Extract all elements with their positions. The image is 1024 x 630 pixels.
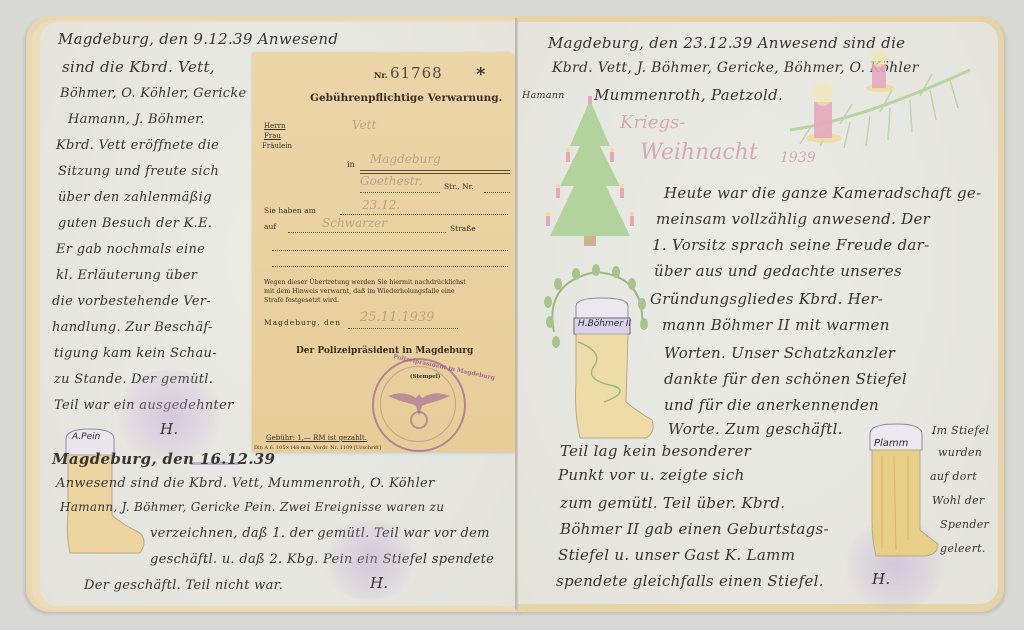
warning-text-1: Wegen dieser Übertretung werden Sie hier… xyxy=(264,278,466,287)
side-line: Spender xyxy=(940,518,989,531)
left-body-line: über den zahlenmäßig xyxy=(58,190,212,205)
right-lower-line: spendete gleichfalls einen Stiefel. xyxy=(556,572,824,590)
line-place xyxy=(288,232,446,233)
right-lower-line: Teil lag kein besonderer xyxy=(560,442,751,460)
right-lower-line: zum gemütl. Teil über. Kbrd. xyxy=(560,494,785,512)
side-line: wurden xyxy=(938,446,982,459)
left-bottom-signature: H. xyxy=(370,574,388,592)
fir-branch-candles-drawing xyxy=(780,50,980,170)
label-strasse: Straße xyxy=(450,224,476,233)
left-body-line: handlung. Zur Beschäf- xyxy=(52,320,213,335)
slip-asterisk: * xyxy=(476,64,485,85)
salutation-herrn: Herrn xyxy=(264,122,285,130)
warning-text-2: mit dem Hinweis verwarnt, daß im Wiederh… xyxy=(264,287,455,296)
salutation-fraeulein: Fräulein xyxy=(262,142,292,150)
right-body-line: Heute war die ganze Kameradschaft ge- xyxy=(664,184,981,202)
label-in: in xyxy=(347,160,355,169)
boot-drawing-boehmer xyxy=(534,262,660,442)
pencil-street: Goethestr. xyxy=(360,174,423,188)
side-line: auf dort xyxy=(930,470,977,483)
label-sie-haben-am: Sie haben am xyxy=(264,206,316,215)
right-lower-line: Böhmer II gab einen Geburtstags- xyxy=(560,520,829,538)
left-header-line-3: Böhmer, O. Köhler, Gericke xyxy=(60,86,247,101)
boot-drawing-pein xyxy=(60,425,152,565)
left-body-line: die vorbestehende Ver- xyxy=(52,294,211,309)
right-signature: H. xyxy=(872,570,890,588)
left-entry2-line-3: Hamann, J. Böhmer, Gericke Pein. Zwei Er… xyxy=(60,500,444,514)
left-entry2-line-4: verzeichnen, daß 1. der gemütl. Teil war… xyxy=(150,526,490,541)
side-line: Im Stiefel xyxy=(932,424,989,437)
label-street-nr: Str., Nr. xyxy=(444,182,474,191)
issuer: Der Polizeipräsident in Magdeburg xyxy=(296,346,473,356)
left-body-line: Sitzung und freute sich xyxy=(58,164,219,179)
right-body-line: 1. Vorsitz sprach seine Freude dar- xyxy=(652,236,930,254)
side-line: Wohl der xyxy=(932,494,985,507)
left-body-line: Kbrd. Vett eröffnete die xyxy=(56,138,219,153)
right-lower-line: Stiefel u. unser Gast K. Lamm xyxy=(558,546,795,564)
left-entry2-line-2: Anwesend sind die Kbrd. Vett, Mummenroth… xyxy=(56,476,435,491)
left-body-line: guten Besuch der K.E. xyxy=(58,216,212,231)
line-place-date xyxy=(348,328,458,329)
right-body-line: Worten. Unser Schatzkanzler xyxy=(664,344,895,362)
drawing-title-line-1: Kriegs- xyxy=(620,112,685,133)
line-street xyxy=(360,192,440,193)
place-date-label: Magdeburg, den xyxy=(264,318,341,327)
right-body-line: Gründungsgliedes Kbrd. Her- xyxy=(650,290,883,308)
line-nr xyxy=(484,192,510,193)
line-blank-2 xyxy=(272,266,508,267)
left-entry2-line-1: Magdeburg, den 16.12.39 xyxy=(52,450,275,468)
pencil-name: Vett xyxy=(352,118,376,132)
boot-label-pein: A.Pein xyxy=(72,432,100,442)
left-header-line-2: sind die Kbrd. Vett, xyxy=(62,58,215,76)
right-lower-line: Punkt vor u. zeigte sich xyxy=(558,466,745,484)
warning-text-3: Strafe festgesetzt wird. xyxy=(264,296,339,305)
slip-number: 61768 xyxy=(390,64,443,82)
boot-label-plamm: Plamm xyxy=(874,438,908,449)
left-mid-signature: H. xyxy=(160,420,178,438)
label-auf: auf xyxy=(264,222,276,231)
slip-title: Gebührenpflichtige Verwarnung. xyxy=(310,92,502,104)
left-entry2-line-6: Der geschäftl. Teil nicht war. xyxy=(84,578,283,593)
fee-note: Gebühr: 1,— RM ist gezahlt. xyxy=(266,434,367,442)
salutation-frau: Frau xyxy=(264,132,281,140)
eagle-emblem-icon xyxy=(386,386,452,430)
left-body-line: Er gab nochmals eine xyxy=(56,242,205,257)
left-body-line: kl. Erläuterung über xyxy=(56,268,197,283)
drawing-title-line-2: Weihnacht xyxy=(640,140,758,165)
right-body-line: meinsam vollzählig anwesend. Der xyxy=(656,210,930,228)
left-body-line: tigung kam kein Schau- xyxy=(54,346,217,361)
line-date xyxy=(340,214,508,215)
left-header-line-1: Magdeburg, den 9.12.39 Anwesend xyxy=(58,30,338,48)
right-body-line: und für die anerkennenden xyxy=(664,396,879,414)
side-line: geleert. xyxy=(940,542,986,555)
left-header-line-4: Hamann, J. Böhmer. xyxy=(68,112,205,127)
notebook-photo: Magdeburg, den 9.12.39 Anwesend sind die… xyxy=(0,0,1024,630)
right-body-line: dankte für den schönen Stiefel xyxy=(664,370,907,388)
form-footer: Din A 6. 105×148 mm. Vordr. Nr. 1109 [Ur… xyxy=(254,445,381,451)
pencil-city: Magdeburg xyxy=(370,152,441,166)
line-in xyxy=(360,170,510,171)
right-body-line: über aus und gedachte unseres xyxy=(654,262,902,280)
pencil-place: Schwarzer xyxy=(322,216,387,230)
right-body-line: Worte. Zum geschäftl. xyxy=(668,420,843,438)
place-date-value: 25.11.1939 xyxy=(360,310,434,325)
right-body-line: mann Böhmer II mit warmen xyxy=(662,316,890,334)
boot-label-boehmer: H.Böhmer II xyxy=(578,319,631,329)
slip-number-prefix: Nr. xyxy=(374,70,388,80)
line-blank-1 xyxy=(272,250,508,251)
official-stamp: Polizeipräsident in Magdeburg xyxy=(372,358,466,452)
pencil-date: 23.12. xyxy=(362,198,400,212)
